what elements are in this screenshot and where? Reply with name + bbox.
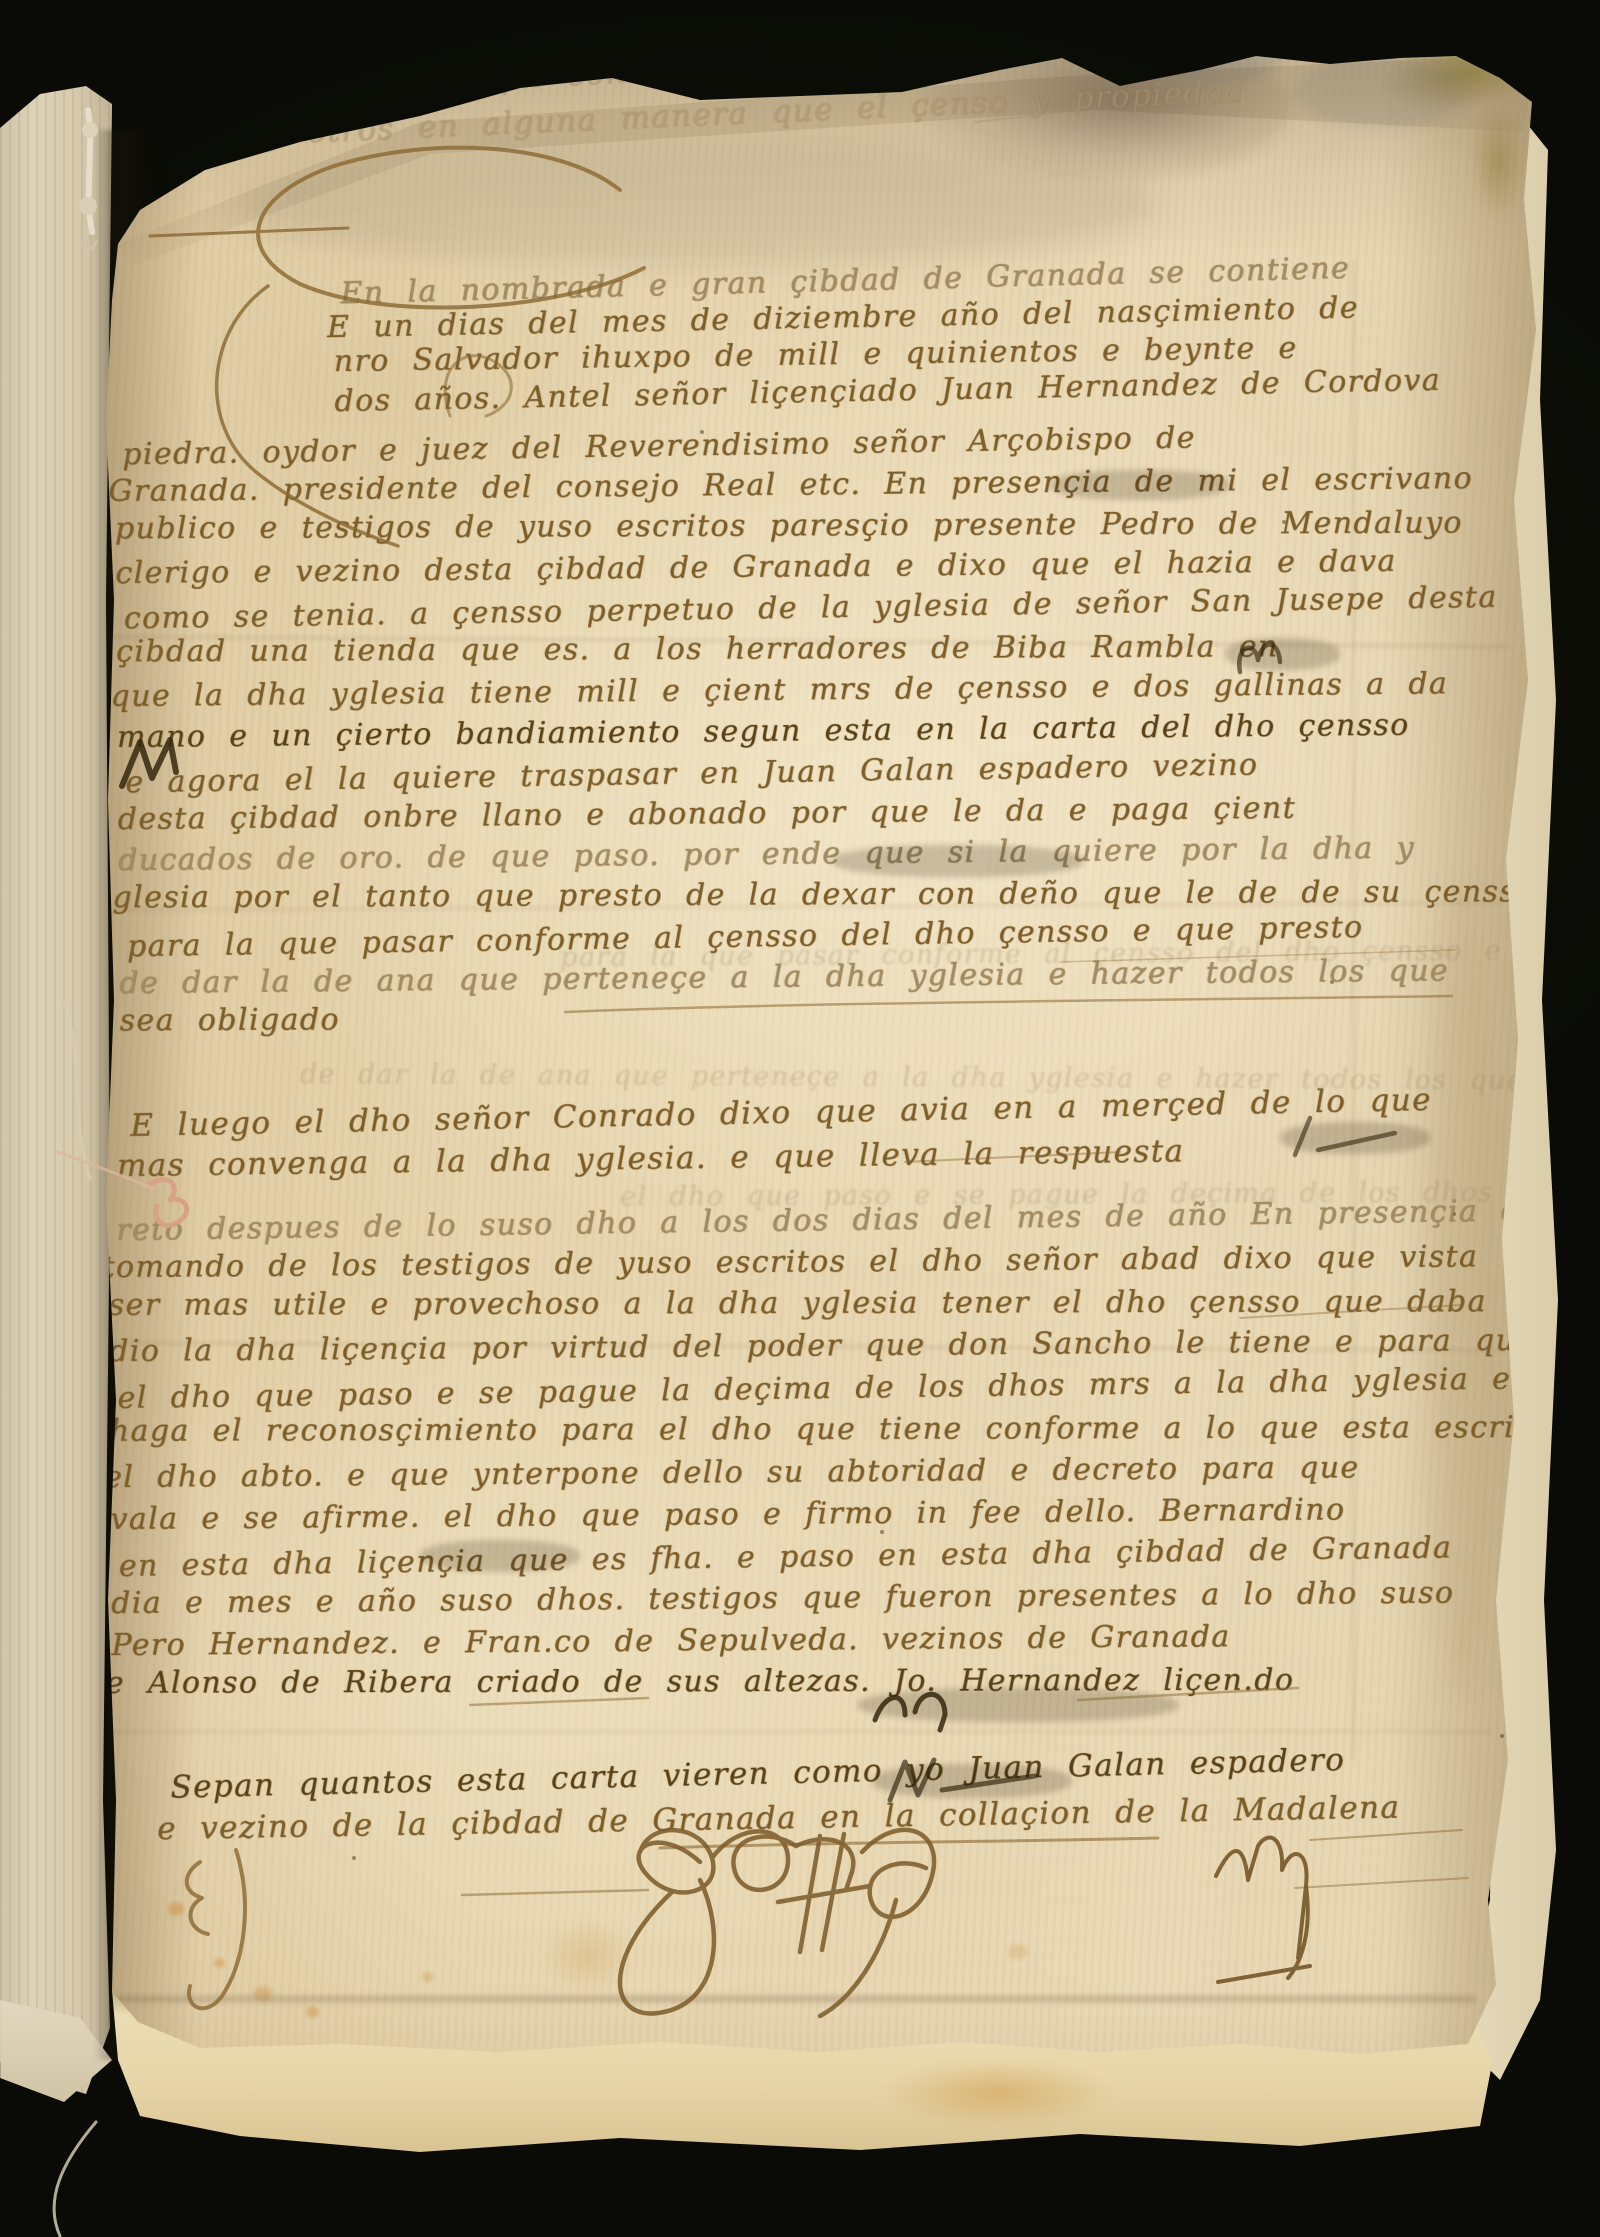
header-dash <box>975 112 1068 122</box>
left-rubric <box>187 1850 245 2008</box>
initial-flourish <box>150 148 644 546</box>
ink-blot <box>122 645 1395 1801</box>
right-rubric <box>1216 1838 1310 1982</box>
sewing-thread-top <box>79 110 98 249</box>
loose-thread-bottom <box>54 2122 96 2236</box>
sewing-thread-middle <box>64 1004 90 1178</box>
pink-thread-knot <box>58 1152 187 1226</box>
notary-knot-rubric <box>620 1830 934 2016</box>
manuscript-photo: o. San Joseph contra Juan Galin y otros … <box>0 0 1600 2237</box>
underline-strokes <box>462 950 1468 1895</box>
ink-flourish-overlay <box>0 0 1600 2237</box>
